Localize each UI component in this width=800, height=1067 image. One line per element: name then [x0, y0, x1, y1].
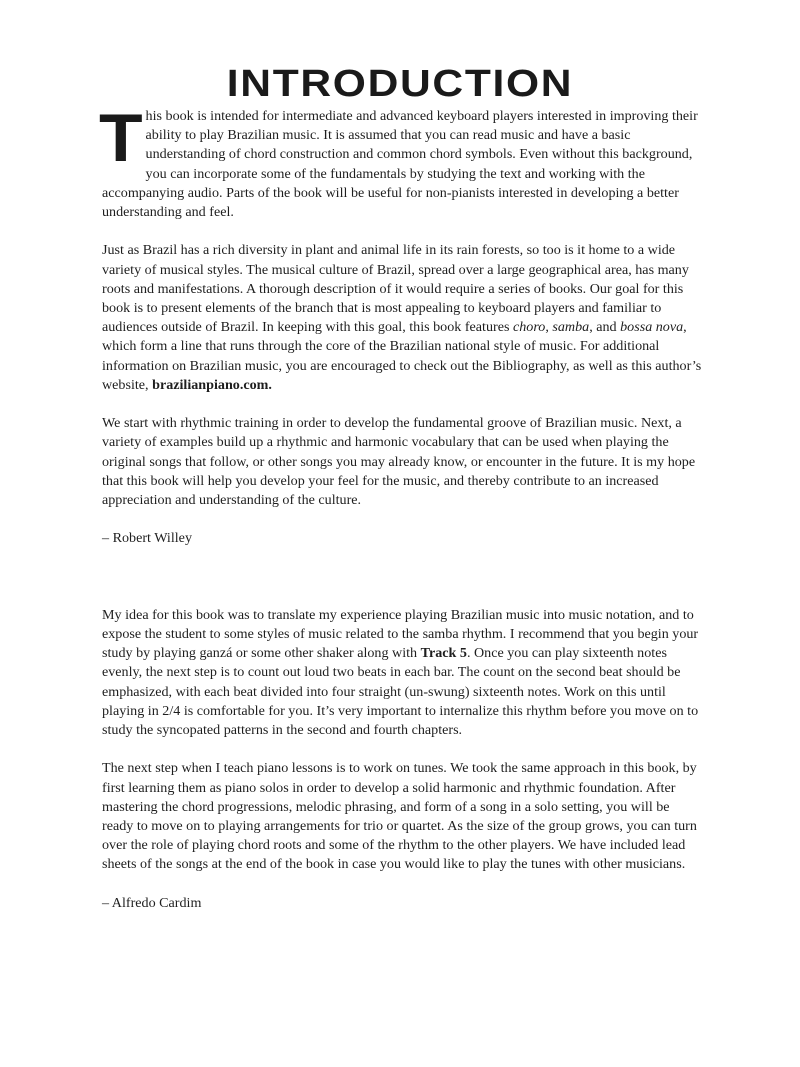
drop-cap-letter: T — [99, 113, 143, 165]
paragraph-my-idea: My idea for this book was to translate m… — [102, 606, 704, 740]
paragraph-text: his book is intended for intermediate an… — [102, 108, 698, 220]
paragraph-rhythmic-training: We start with rhythmic training in order… — [102, 414, 704, 510]
separator-text: , and — [589, 319, 620, 335]
paragraph-next-step: The next step when I teach piano lessons… — [102, 759, 704, 874]
style-name-samba: samba — [552, 319, 589, 335]
paragraph-brazil-diversity: Just as Brazil has a rich diversity in p… — [102, 241, 704, 395]
website-link: brazilianpiano.com. — [152, 377, 272, 393]
style-name-choro: choro — [513, 319, 545, 335]
signature-alfredo-cardim: – Alfredo Cardim — [102, 894, 704, 913]
style-name-bossa-nova: bossa nova — [620, 319, 683, 335]
section-spacer — [102, 568, 704, 606]
signature-robert-willey: – Robert Willey — [102, 529, 704, 548]
paragraph-intro-purpose: This book is intended for intermediate a… — [102, 107, 704, 222]
track-reference: Track 5 — [421, 645, 467, 661]
introduction-body: This book is intended for intermediate a… — [102, 107, 704, 932]
